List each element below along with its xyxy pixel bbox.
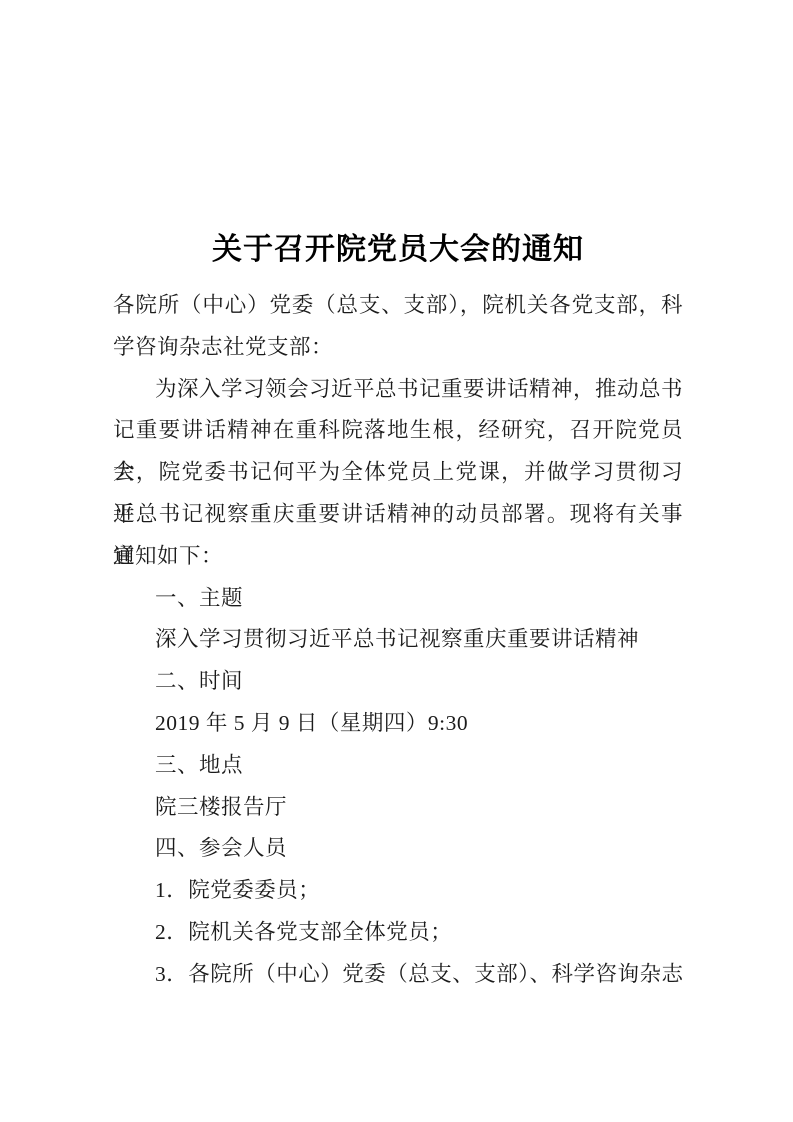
body-line: 三、地点 <box>113 745 683 787</box>
document-body: 各院所（中心）党委（总支、支部），院机关各党支部，科学咨询杂志社党支部：为深入学… <box>113 285 683 996</box>
body-line: 通知如下： <box>113 536 683 578</box>
body-line: 学咨询杂志社党支部： <box>113 327 683 369</box>
body-line: 3．各院所（中心）党委（总支、支部）、科学咨询杂志 <box>113 954 683 996</box>
document-title: 关于召开院党员大会的通知 <box>113 230 683 270</box>
body-line: 四、参会人员 <box>113 828 683 870</box>
body-line: 1．院党委委员； <box>113 870 683 912</box>
body-line: 记重要讲话精神在重科院落地生根，经研究，召开院党员大 <box>113 410 683 452</box>
body-line: 一、主题 <box>113 578 683 620</box>
body-line: 院三楼报告厅 <box>113 787 683 829</box>
body-line: 二、时间 <box>113 661 683 703</box>
body-line: 平总书记视察重庆重要讲话精神的动员部署。现将有关事宜 <box>113 494 683 536</box>
body-line: 深入学习贯彻习近平总书记视察重庆重要讲话精神 <box>113 619 683 661</box>
body-line: 2019 年 5 月 9 日（星期四）9:30 <box>113 703 683 745</box>
body-line: 会，院党委书记何平为全体党员上党课，并做学习贯彻习近 <box>113 452 683 494</box>
body-line: 2．院机关各党支部全体党员； <box>113 912 683 954</box>
body-line: 为深入学习领会习近平总书记重要讲话精神，推动总书 <box>113 369 683 411</box>
body-line: 各院所（中心）党委（总支、支部），院机关各党支部，科 <box>113 285 683 327</box>
document-page: 关于召开院党员大会的通知 各院所（中心）党委（总支、支部），院机关各党支部，科学… <box>0 0 793 1122</box>
